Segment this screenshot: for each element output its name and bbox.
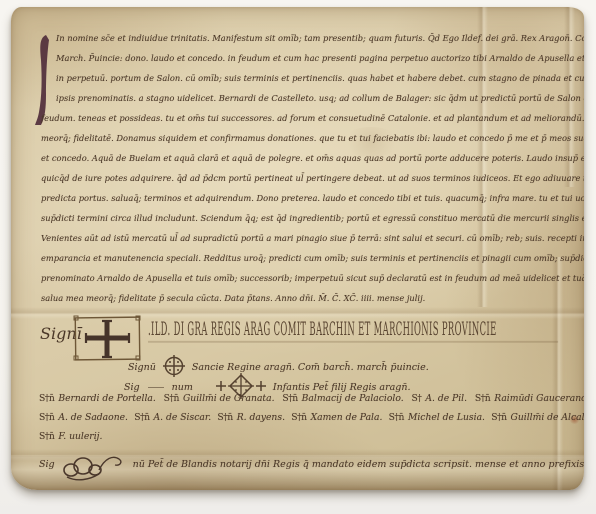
witness-sign-cross: S†n̄ [282,393,297,404]
witness-entry: S†n̄ Guillm̄i de Alcala. [491,412,584,423]
witness-sign-cross: S†n̄ [491,412,506,423]
charter-line: March. P̄uincie: dono. laudo et concedo.… [41,48,584,68]
charter-line: sup̄dicti termini circa illud includunt.… [41,208,584,228]
witness-sign-cross: S†n̄ [475,393,490,404]
witness-sign-cross: S†n̄ [389,412,404,423]
witness-entry: S†n̄ A. de Sadaone. [39,412,128,423]
charter-line: In nomine sc̄e et indiuidue trinitatis. … [41,28,584,48]
witness-sign-cross: S†n̄ [291,412,306,423]
charter-text-block: In nomine sc̄e et indiuidue trinitatis. … [41,28,584,312]
witness-entry: S†n̄ F. uulerij. [39,431,102,442]
charter-line: ipsis prenominatis. a stagno uidelicet. … [41,88,584,108]
notary-signum-row: Sig nū Pet̄ de Blandis notarij dn̄i Regi… [39,451,584,486]
witness-row: S†n̄ F. uulerij. [39,431,584,442]
witness-entry: S†n̄ R. dayens. [217,412,285,423]
witness-entry: S†n̄ Michel de Lusia. [389,412,485,423]
charter-line: meorq̄; fidelitatē. Donamus siquidem et … [41,128,584,148]
charter-line: feudum. teneas et possideas. tu et om̄s … [41,108,584,128]
notary-prefix: Sig [39,459,55,470]
witness-sign-cross: S†n̄ [39,431,54,442]
witness-name: A. de Sadaone. [58,412,128,423]
witness-sign-cross: S†n̄ [164,393,179,404]
witness-sign-cross: S†n̄ [217,412,232,423]
royal-title-capitals: .ILD. DI GRA REGIS ARAG COMIT BARCHIN ET… [148,320,558,343]
infant-signum-text: Infantis Pet̄ filij Regis aragn̄. [273,382,411,393]
witness-name: A. de Siscar. [154,412,212,423]
witness-name: Bernardi de Portella. [58,393,155,404]
witness-entry: S†n̄ Guillm̄i de Granata. [164,393,275,404]
infant-signum-label-left: Sig [124,382,140,393]
witness-sign-cross: S†n̄ [39,393,54,404]
charter-line: predicta portus. saluaq̄; terminos et ad… [41,188,584,208]
charter-line: et concedo. Aquā de Buelam et aquā clarā… [41,148,584,168]
notary-text: nū Pet̄ de Blandis notarij dn̄i Regis q̄… [133,459,584,470]
witness-entry: S†n̄ Balmacij de Palaciolo. [282,393,403,404]
witness-sign-cross: S†n̄ [134,412,149,423]
witness-entry: S†n̄ Xamen de Pala. [291,412,382,423]
witness-entry: S† A. de Pil. [411,393,467,404]
charter-line: prenominato Arnaldo de Apusella et tuis … [41,268,584,288]
witness-entry: S†n̄ A. de Siscar. [134,412,211,423]
witness-name: A. de Pil. [425,393,467,404]
parchment-charter: In nomine sc̄e et indiuidue trinitatis. … [11,7,584,490]
witness-name: Michel de Lusia. [408,412,485,423]
witness-name: Raimūdi Gaucerandi. [494,393,584,404]
queen-signum-label: Signū [128,362,156,373]
charter-line: in perpetuū. portum de Salon. cū omīb; s… [41,68,584,88]
charter-line: salua mea meorq̄; fidelitate p̄ secula c… [41,288,584,308]
pen-flourish-line [148,387,164,388]
witness-sign-cross: S†n̄ [39,412,54,423]
witness-name: R. dayens. [237,412,285,423]
witness-row: S†n̄ Bernardi de Portella. S†n̄ Guillm̄i… [39,393,584,404]
witness-name: Guillm̄i de Alcala. [511,412,584,423]
photograph-background: In nomine sc̄e et indiuidue trinitatis. … [0,0,596,514]
witness-name: Xamen de Pala. [311,412,383,423]
charter-line: quicq̄d de iure potes adquirere. q̄d ad … [41,168,584,188]
witness-name: Balmacij de Palaciolo. [302,393,404,404]
witness-entry: S†n̄ Raimūdi Gaucerandi. [475,393,584,404]
charter-line: emparancia et manutenencia speciali. Red… [41,248,584,268]
infant-signum-label-right: num [172,382,193,393]
witness-name: F. uulerij. [58,431,102,442]
witness-sign-cross: S† [411,393,421,404]
witness-name: Guillm̄i de Granata. [183,393,275,404]
notarial-knot-icon [59,449,129,486]
charter-line: Venientes aūt ad istū mercatū ul̄ ad sup… [41,228,584,248]
witness-entry: S†n̄ Bernardi de Portella. [39,393,156,404]
queen-signum-text: Sancie Regine aragn̄. Com̄ barch̄. march… [192,362,429,373]
witness-row: S†n̄ A. de Sadaone. S†n̄ A. de Siscar. S… [39,412,584,423]
